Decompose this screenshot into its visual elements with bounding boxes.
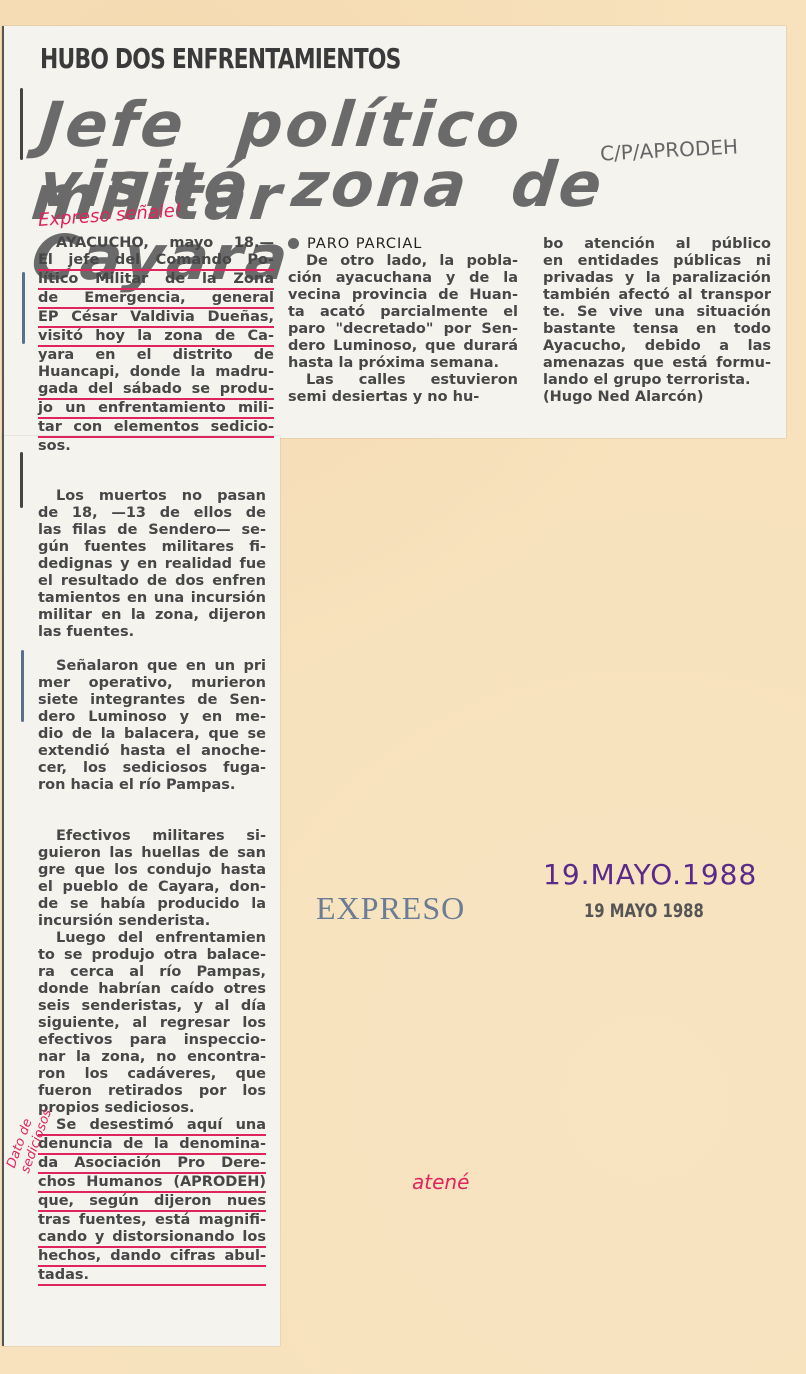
article-text-line: las fuentes. [38, 624, 266, 641]
article-text-line: sos. [38, 438, 274, 455]
article-text-line: en entidades públicas ni [543, 253, 771, 270]
staple-icon [20, 88, 23, 160]
article-text-line: ron hacia el río Pampas. [38, 777, 266, 794]
article-text-line: de se había producido la [38, 896, 266, 913]
article-text-line: cando y distorsionando los [38, 1229, 266, 1248]
article-text-line: ron los cadáveres, que [38, 1066, 266, 1083]
article-kicker: HUBO DOS ENFRENTAMIENTOS [40, 42, 401, 75]
article-text-line: ta acató parcialmente el [288, 304, 518, 321]
article-text-line: ción ayacuchana y de la [288, 270, 518, 287]
article-text-line: semi desiertas y no hu- [288, 389, 518, 406]
article-text-line: de 18, —13 de ellos de [38, 505, 266, 522]
article-text-line: lando el grupo terrorista. [543, 372, 771, 389]
bullet-icon [288, 238, 299, 249]
article-text-line: Los muertos no pasan [38, 488, 266, 505]
article-text-line: gada del sábado se produ- [38, 381, 274, 400]
article-text-line: Se desestimó aquí una [38, 1117, 266, 1136]
article-text-line: denuncia de la denomina- [38, 1136, 266, 1155]
article-text-line: que, según dijeron nues [38, 1193, 266, 1212]
article-text-line: fueron retirados por los [38, 1083, 266, 1100]
date-stamp: 19 MAYO 1988 [584, 900, 704, 922]
staple-icon [21, 650, 24, 722]
article-text-line: el pueblo de Cayara, don- [38, 879, 266, 896]
article-text-line: seis senderistas, y al día [38, 998, 266, 1015]
article-text-line: extendió hasta el anoche- [38, 743, 266, 760]
article-text-line: yara en el distrito de [38, 347, 274, 364]
article-text-line: chos Humanos (APRODEH) [38, 1174, 266, 1193]
article-text-line: propios sediciosos. [38, 1100, 266, 1117]
article-text-line: tamientos en una incursión [38, 590, 266, 607]
article-column-continued: Los muertos no pasande 18, —13 de ellos … [38, 488, 266, 1286]
red-initials: atené [412, 1170, 469, 1194]
article-text-line: Las calles estuvieron [288, 372, 518, 389]
article-text-line: dedignas y en realidad fue [38, 556, 266, 573]
article-text-line: siguiente, al regresar los [38, 1015, 266, 1032]
article-text-line: hechos, dando cifras abul- [38, 1248, 266, 1267]
newspaper-source-stamp: EXPRESO [316, 890, 465, 927]
section-subhead: PARO PARCIAL [288, 236, 518, 253]
article-text-line: siete integrantes de Sen- [38, 692, 266, 709]
article-text-line [38, 641, 266, 658]
article-text-line: to se produjo otra balace- [38, 947, 266, 964]
article-text-line [38, 794, 266, 811]
article-text-line: De otro lado, la pobla- [288, 253, 518, 270]
article-column-3: bo atención al públicoen entidades públi… [543, 236, 771, 406]
article-text-line: gún fuentes militares fi- [38, 539, 266, 556]
article-text-line: el resultado de dos enfren [38, 573, 266, 590]
article-text-line: da Asociación Pro Dere- [38, 1155, 266, 1174]
article-text-line: de Emergencia, general [38, 290, 274, 309]
article-text-line: El jefe del Comando Po- [38, 252, 274, 271]
article-text-line: jo un enfrentamiento mili- [38, 400, 274, 419]
article-text-line: vecina provincia de Huan- [288, 287, 518, 304]
article-text-line: Efectivos militares si- [38, 828, 266, 845]
article-text-line: nar la zona, no encontra- [38, 1049, 266, 1066]
article-text-line: ra cerca al río Pampas, [38, 964, 266, 981]
article-text-line: AYACUCHO, mayo 18.— [38, 235, 274, 252]
article-text-line: cer, los sediciosos fuga- [38, 760, 266, 777]
article-text-line: (Hugo Ned Alarcón) [543, 389, 771, 406]
article-column-1: AYACUCHO, mayo 18.—El jefe del Comando P… [38, 235, 274, 455]
article-text-line: Ayacucho, debido a las [543, 338, 771, 355]
article-text-line: visitó hoy la zona de Ca- [38, 328, 274, 347]
article-text-line: efectivos para inspeccio- [38, 1032, 266, 1049]
article-text-line: paro "decretado" por Sen- [288, 321, 518, 338]
article-text-line: EP César Valdivia Dueñas, [38, 309, 274, 328]
article-text-line: bo atención al público [543, 236, 771, 253]
article-text-line: lítico Militar de la Zona [38, 271, 274, 290]
article-text-line: mer operativo, murieron [38, 675, 266, 692]
article-text-line: Huancapi, donde la madru- [38, 364, 274, 381]
staple-icon [20, 452, 23, 508]
article-text-line: te. Se vive una situación [543, 304, 771, 321]
article-text-line: tadas. [38, 1267, 266, 1286]
article-text-line: dero Luminoso y en me- [38, 709, 266, 726]
article-text-line: donde habrían caído otres [38, 981, 266, 998]
handwritten-date: 19.MAYO.1988 [543, 858, 757, 891]
article-text-line: amenazas que está formu- [543, 355, 771, 372]
article-text-line: incursión senderista. [38, 913, 266, 930]
article-text-line: tar con elementos sedicio- [38, 419, 274, 438]
article-text-line: las filas de Sendero— se- [38, 522, 266, 539]
article-text-line: guieron las huellas de san [38, 845, 266, 862]
article-text-line: dio de la balacera, que se [38, 726, 266, 743]
article-text-line: militar en la zona, dijeron [38, 607, 266, 624]
article-text-line: tras fuentes, está magnifi- [38, 1212, 266, 1229]
article-text-line: también afectó al transpor [543, 287, 771, 304]
article-column-2: PARO PARCIAL De otro lado, la pobla-ción… [288, 236, 518, 406]
article-text-line: gre que los condujo hasta [38, 862, 266, 879]
article-text-line: Señalaron que en un pri [38, 658, 266, 675]
article-text-line: privadas y la paralización [543, 270, 771, 287]
article-text-line: bastante tensa en todo [543, 321, 771, 338]
article-text-line: Luego del enfrentamien [38, 930, 266, 947]
staple-icon [22, 272, 25, 344]
article-text-line [38, 811, 266, 828]
article-text-line: hasta la próxima semana. [288, 355, 518, 372]
article-text-line: dero Luminoso, que durará [288, 338, 518, 355]
